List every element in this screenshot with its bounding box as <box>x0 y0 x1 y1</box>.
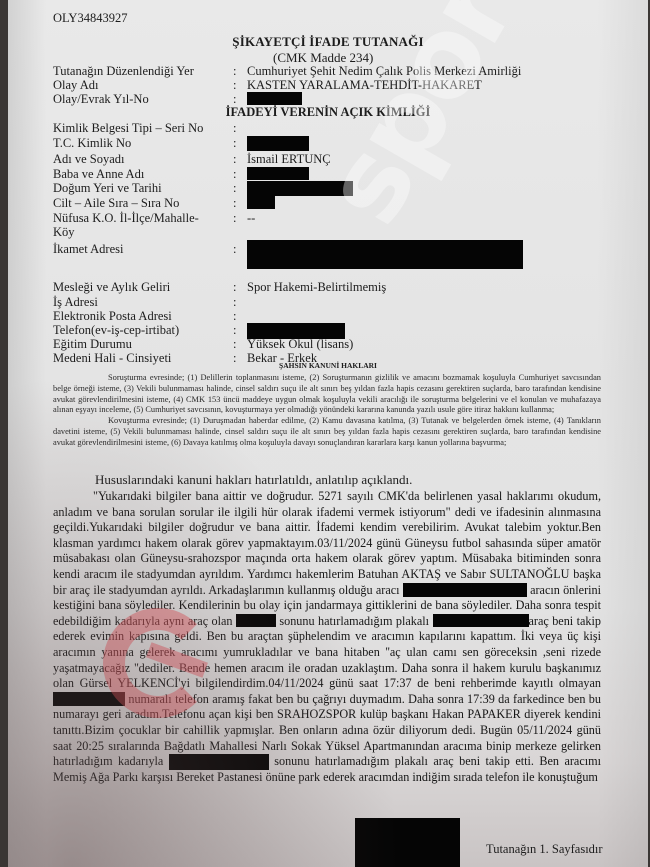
field-incident-no: Olay/Evrak Yıl-No: <box>53 92 302 106</box>
field-address: İkamet Adresi: <box>53 242 523 269</box>
field-name: Adı ve Soyadı:İsmail ERTUNÇ <box>53 152 331 166</box>
redaction-box <box>247 181 353 196</box>
field-education: Eğitim Durumu:Yüksek Okul (lisans) <box>53 337 353 351</box>
redaction-box <box>247 167 309 180</box>
field-parents: Baba ve Anne Adı: <box>53 167 309 181</box>
field-id-type: Kimlik Belgesi Tipi – Seri No: <box>53 121 247 135</box>
document-number: OLY34843927 <box>53 11 127 26</box>
rights-prosecution: Kovuşturma evresinde; (1) Duruşmadan hab… <box>53 416 601 448</box>
redaction-box <box>433 614 529 627</box>
document-page: OLY34843927 ŞİKAYETÇİ İFADE TUTANAĞI (CM… <box>8 0 648 867</box>
field-place: Tutanağın Düzenlendiği Yer:Cumhuriyet Şe… <box>53 64 521 78</box>
redaction-box <box>247 92 302 105</box>
rights-title: ŞAHSIN KANUNİ HAKLARI <box>8 361 648 370</box>
redaction-box <box>247 196 275 209</box>
field-occupation: Mesleği ve Aylık Geliri:Spor Hakemi-Beli… <box>53 280 386 294</box>
redaction-box <box>236 614 276 627</box>
rights-investigation: Soruşturma evresinde; (1) Delillerin top… <box>53 373 601 416</box>
redaction-box <box>169 754 269 770</box>
field-registry-place: Nüfusa K.O. İl-İlçe/Mahalle-:-- Köy <box>53 211 255 239</box>
rights-text: Soruşturma evresinde; (1) Delillerin top… <box>53 373 601 449</box>
redaction-box <box>403 583 527 597</box>
statement-body: "Yukarıdaki bilgiler bana aittir ve doğr… <box>53 489 601 786</box>
identity-section-title: İFADEYİ VERENİN AÇIK KİMLİĞİ <box>8 105 648 120</box>
redaction-box <box>247 240 523 269</box>
field-tc-no: T.C. Kimlik No: <box>53 136 309 151</box>
statement-paragraph: "Yukarıdaki bilgiler bana aittir ve doğr… <box>53 489 601 786</box>
field-registry: Cilt – Aile Sıra – Sıra No: <box>53 196 275 210</box>
field-birth: Doğum Yeri ve Tarihi: <box>53 181 353 196</box>
field-incident-name: Olay Adı:KASTEN YARALAMA-TEHDİT-HAKARET <box>53 78 482 92</box>
redaction-box <box>53 692 125 706</box>
field-work-address: İş Adresi: <box>53 295 247 309</box>
field-email: Elektronik Posta Adresi: <box>53 309 247 323</box>
page-footer: Tutanağın 1. Sayfasıdır <box>486 842 603 857</box>
document-title: ŞİKAYETÇİ İFADE TUTANAĞI <box>8 34 648 50</box>
redaction-box <box>247 136 309 151</box>
rights-reminder: Hususlarındaki kanuni hakları hatırlatıl… <box>95 472 412 488</box>
signature-redaction <box>355 818 460 867</box>
